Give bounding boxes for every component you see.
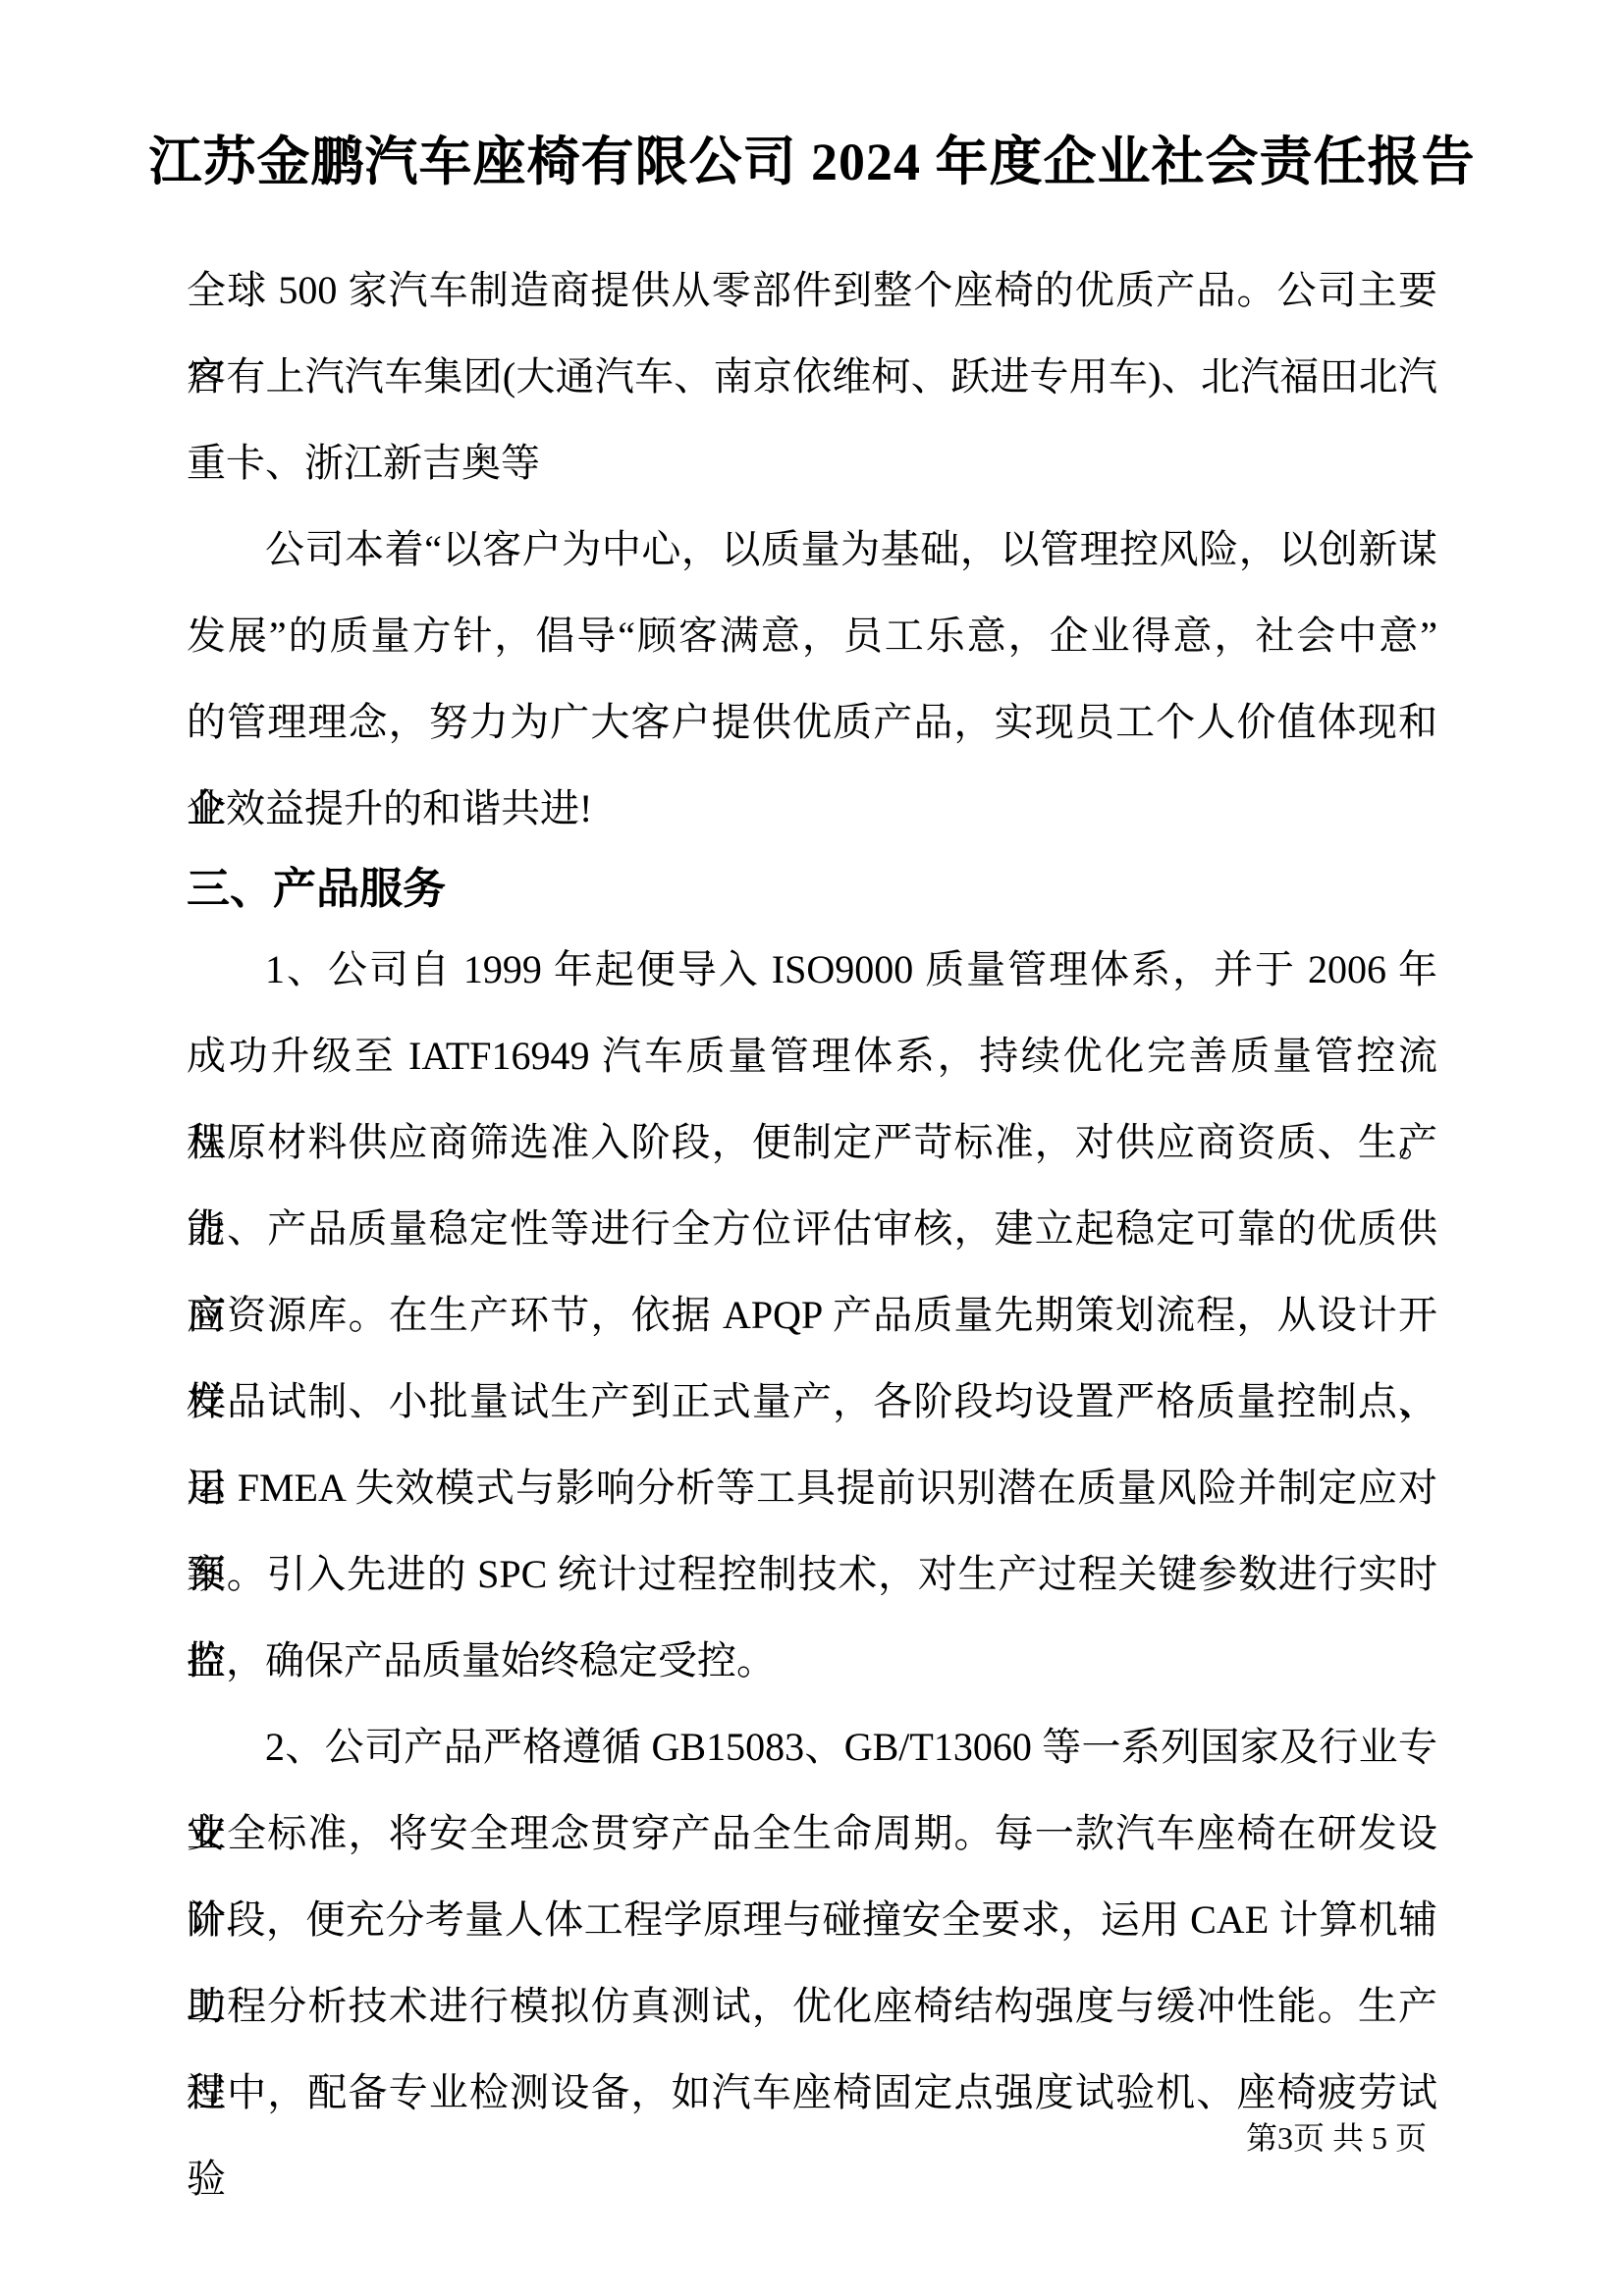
text-line: 力、产品质量稳定性等进行全方位评估审核，建立起稳定可靠的优质供应 <box>187 1186 1437 1272</box>
text-line: 样品试制、小批量试生产到正式量产，各阶段均设置严格质量控制点，运 <box>187 1359 1437 1445</box>
text-line: 1、公司自 1999 年起便导入 ISO9000 质量管理体系，并于 2006 … <box>187 927 1437 1013</box>
paragraph-intro: 全球 500 家汽车制造商提供从零部件到整个座椅的优质产品。公司主要客 户有上汽… <box>187 247 1437 507</box>
text-line: 重卡、浙江新吉奥等 <box>187 420 1437 507</box>
text-line: 工程分析技术进行模拟仿真测试，优化座椅结构强度与缓冲性能。生产过 <box>187 1963 1437 2050</box>
document-title: 江苏金鹏汽车座椅有限公司 2024 年度企业社会责任报告 <box>0 124 1624 200</box>
text-line: 成功升级至 IATF16949 汽车质量管理体系，持续优化完善质量管控流程。 <box>187 1013 1437 1099</box>
paragraph-item-2: 2、公司产品严格遵循 GB15083、GB/T13060 等一系列国家及行业专业… <box>187 1704 1437 2136</box>
text-line: 安全标准，将安全理念贯穿产品全生命周期。每一款汽车座椅在研发设计 <box>187 1790 1437 1877</box>
text-line: 用 FMEA 失效模式与影响分析等工具提前识别潜在质量风险并制定应对预 <box>187 1445 1437 1531</box>
paragraph-item-1: 1、公司自 1999 年起便导入 ISO9000 质量管理体系，并于 2006 … <box>187 927 1437 1704</box>
page-number-footer: 第3页 共 5 页 <box>1246 2118 1427 2158</box>
text-line: 案。引入先进的 SPC 统计过程控制技术，对生产过程关键参数进行实时监 <box>187 1531 1437 1618</box>
paragraph-quality-policy: 公司本着“以客户为中心，以质量为基础，以管理控风险，以创新谋 发展”的质量方针，… <box>187 507 1437 852</box>
text-line: 2、公司产品严格遵循 GB15083、GB/T13060 等一系列国家及行业专业 <box>187 1704 1437 1790</box>
text-line: 户有上汽汽车集团(大通汽车、南京依维柯、跃进专用车)、北汽福田北汽 <box>187 334 1437 420</box>
document-body: 全球 500 家汽车制造商提供从零部件到整个座椅的优质产品。公司主要客 户有上汽… <box>187 247 1437 2136</box>
document-page: 江苏金鹏汽车座椅有限公司 2024 年度企业社会责任报告 全球 500 家汽车制… <box>0 0 1624 2296</box>
text-line: 阶段，便充分考量人体工程学原理与碰撞安全要求，运用 CAE 计算机辅助 <box>187 1877 1437 1963</box>
text-line: 控，确保产品质量始终稳定受控。 <box>187 1618 1437 1704</box>
text-line: 业效益提升的和谐共进! <box>187 766 1437 852</box>
text-line: 从原材料供应商筛选准入阶段，便制定严苛标准，对供应商资质、生产能 <box>187 1099 1437 1186</box>
text-line: 发展”的质量方针，倡导“顾客满意，员工乐意，企业得意，社会中意” <box>187 593 1437 679</box>
section-heading-products: 三、产品服务 <box>187 852 1437 927</box>
text-line: 商资源库。在生产环节，依据 APQP 产品质量先期策划流程，从设计开发、 <box>187 1272 1437 1359</box>
text-line: 全球 500 家汽车制造商提供从零部件到整个座椅的优质产品。公司主要客 <box>187 247 1437 334</box>
text-line: 的管理理念，努力为广大客户提供优质产品，实现员工个人价值体现和企 <box>187 679 1437 766</box>
text-line: 公司本着“以客户为中心，以质量为基础，以管理控风险，以创新谋 <box>187 507 1437 593</box>
